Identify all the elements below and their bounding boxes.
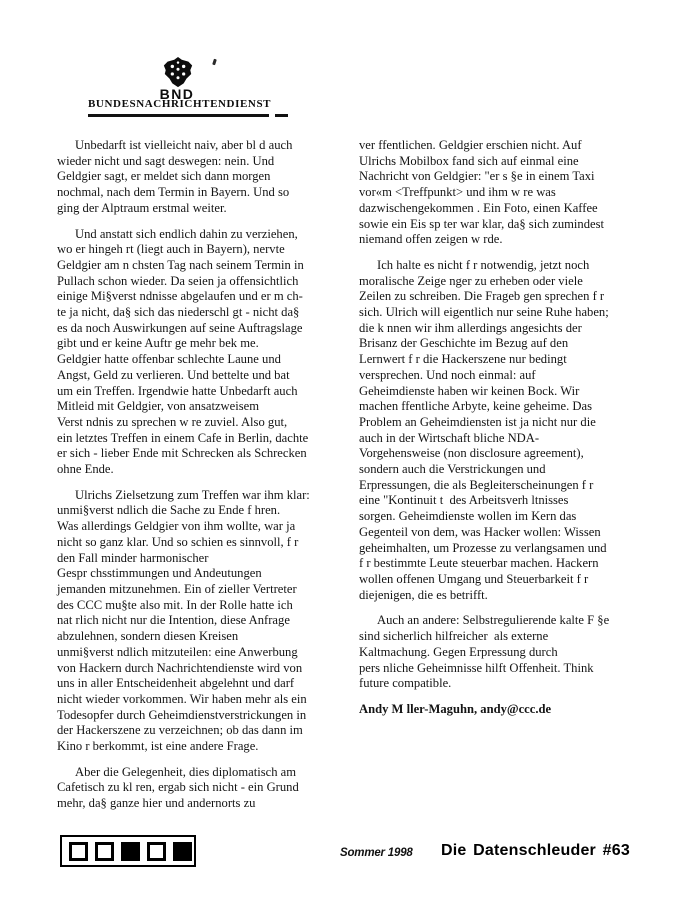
right-column: ver ffentlichen. Geldgier erschien nicht… [359, 138, 655, 728]
bnd-eagle-icon [159, 56, 197, 90]
issue-title-label: Die Datenschleuder #63 [441, 842, 630, 860]
paragraph: Und anstatt sich endlich dahin zu verzie… [57, 227, 357, 478]
issue-date-label: Sommer 1998 [340, 847, 413, 859]
logo-underline [88, 114, 288, 117]
paragraph: Unbedarft ist vielleicht naiv, aber bl d… [57, 138, 357, 217]
left-column: Unbedarft ist vielleicht naiv, aber bl d… [57, 138, 357, 822]
checkbox-filled-icon [173, 842, 192, 861]
paragraph: Ich halte es nicht f r notwendig, jetzt … [359, 258, 655, 603]
author-signature: Andy M ller-Maguhn, andy@ccc.de [359, 702, 655, 718]
paragraph: ver ffentlichen. Geldgier erschien nicht… [359, 138, 655, 248]
scan-speck-icon [212, 59, 217, 66]
checkbox-empty-icon [95, 842, 114, 861]
paragraph: Ulrichs Zielsetzung zum Treffen war ihm … [57, 488, 357, 755]
scanned-page: BND BUNDESNACHRICHTENDIENST Unbedarft is… [0, 0, 700, 906]
paragraph: Auch an andere: Selbstregulierende kalte… [359, 613, 655, 692]
checkbox-filled-icon [121, 842, 140, 861]
paragraph: Aber die Gelegenheit, dies diplomatisch … [57, 765, 357, 812]
issue-checkbox-strip [60, 835, 196, 867]
bnd-name-label: BUNDESNACHRICHTENDIENST [88, 98, 308, 110]
checkbox-empty-icon [69, 842, 88, 861]
checkbox-empty-icon [147, 842, 166, 861]
